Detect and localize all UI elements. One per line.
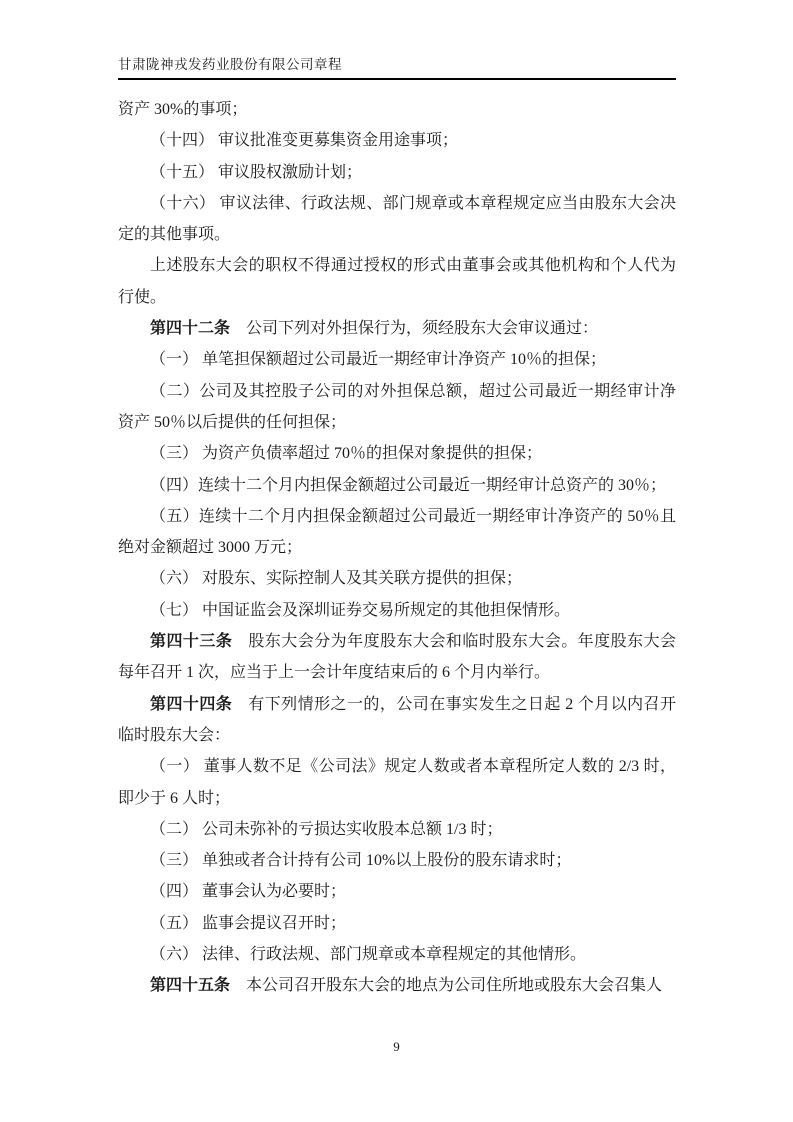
paragraph: （十六） 审议法律、行政法规、部门规章或本章程规定应当由股东大会决定的其他事项。 bbox=[118, 188, 676, 251]
paragraph: 上述股东大会的职权不得通过授权的形式由董事会或其他机构和个人代为行使。 bbox=[118, 250, 676, 313]
paragraph: 第四十五条本公司召开股东大会的地点为公司住所地或股东大会召集人 bbox=[118, 970, 676, 1001]
document-title: 甘肃陇神戎发药业股份有限公司章程 bbox=[118, 57, 342, 72]
paragraph: （三） 为资产负债率超过 70％的担保对象提供的担保； bbox=[118, 438, 676, 469]
article-number: 第四十三条 bbox=[150, 633, 232, 650]
paragraph: （五） 监事会提议召开时； bbox=[118, 908, 676, 939]
paragraph: （一） 董事人数不足《公司法》规定人数或者本章程所定人数的 2/3 时，即少于 … bbox=[118, 751, 676, 814]
paragraph: （六） 法律、行政法规、部门规章或本章程规定的其他情形。 bbox=[118, 939, 676, 970]
paragraph: 第四十二条公司下列对外担保行为，须经股东大会审议通过： bbox=[118, 313, 676, 344]
article-number: 第四十四条 bbox=[150, 696, 232, 713]
paragraph: （五）连续十二个月内担保金额超过公司最近一期经审计净资产的 50％且绝对金额超过… bbox=[118, 501, 676, 564]
paragraph: （七） 中国证监会及深圳证券交易所规定的其他担保情形。 bbox=[118, 595, 676, 626]
paragraph: （四） 董事会认为必要时； bbox=[118, 876, 676, 907]
paragraph: 资产 30%的事项； bbox=[118, 94, 676, 125]
document-page: 甘肃陇神戎发药业股份有限公司章程 资产 30%的事项；（十四） 审议批准变更募集… bbox=[0, 0, 793, 1122]
paragraph: （二）公司及其控股子公司的对外担保总额，超过公司最近一期经审计净资产 50％以后… bbox=[118, 376, 676, 439]
paragraph: （一） 单笔担保额超过公司最近一期经审计净资产 10％的担保； bbox=[118, 344, 676, 375]
paragraph: （十四） 审议批准变更募集资金用途事项； bbox=[118, 125, 676, 156]
paragraph: （六） 对股东、实际控制人及其关联方提供的担保； bbox=[118, 563, 676, 594]
page-number: 9 bbox=[393, 1039, 400, 1054]
paragraph: （三） 单独或者合计持有公司 10%以上股份的股东请求时； bbox=[118, 845, 676, 876]
paragraph: （十五） 审议股权激励计划； bbox=[118, 157, 676, 188]
document-body: 资产 30%的事项；（十四） 审议批准变更募集资金用途事项；（十五） 审议股权激… bbox=[118, 94, 676, 1002]
paragraph: 第四十四条有下列情形之一的，公司在事实发生之日起 2 个月以内召开临时股东大会： bbox=[118, 689, 676, 752]
paragraph: （四）连续十二个月内担保金额超过公司最近一期经审计总资产的 30％； bbox=[118, 470, 676, 501]
article-number: 第四十五条 bbox=[150, 977, 230, 994]
page-header: 甘肃陇神戎发药业股份有限公司章程 bbox=[118, 53, 676, 80]
paragraph: （二） 公司未弥补的亏损达实收股本总额 1/3 时； bbox=[118, 814, 676, 845]
paragraph: 第四十三条股东大会分为年度股东大会和临时股东大会。年度股东大会每年召开 1 次，… bbox=[118, 626, 676, 689]
article-number: 第四十二条 bbox=[150, 320, 230, 337]
page-footer: 9 bbox=[0, 1039, 793, 1055]
